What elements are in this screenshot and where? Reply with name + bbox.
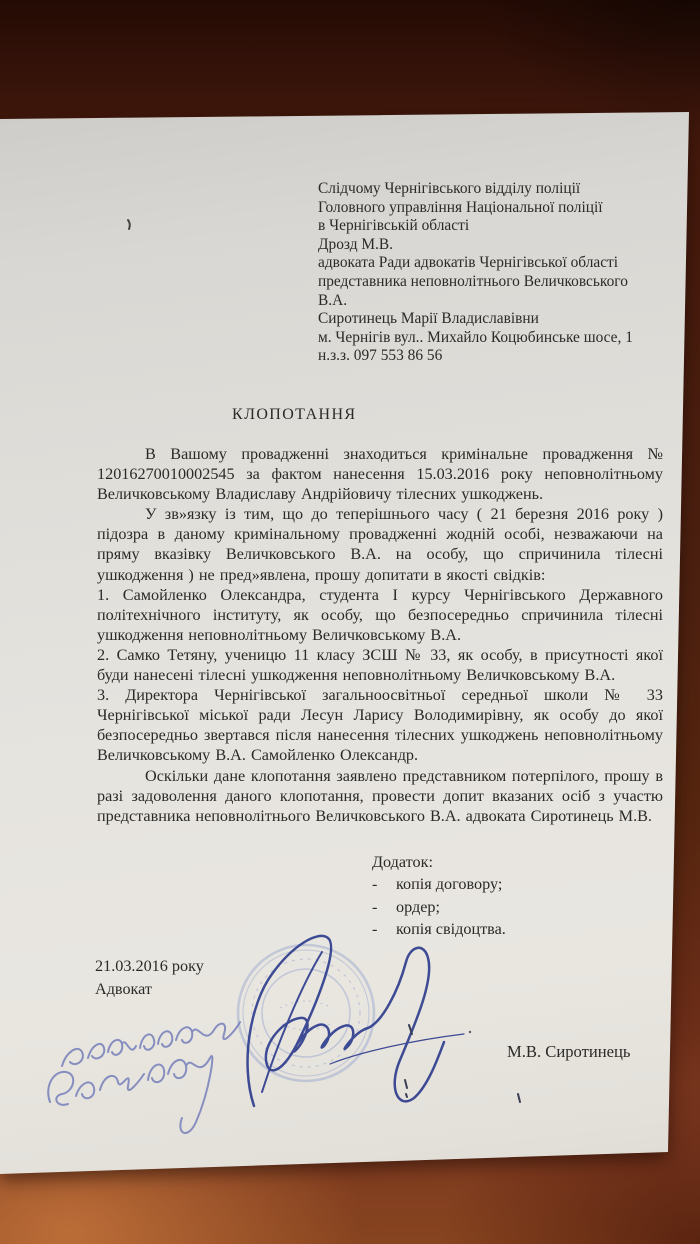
attachment-item: - ордер; — [372, 896, 506, 918]
body-paragraph: Оскільки дане клопотання заявлено предст… — [97, 766, 663, 826]
body-paragraph-numbered: 2. Самко Тетяну, ученицю 11 класу ЗСШ № … — [97, 645, 663, 685]
recipient-line: Головного управління Національної поліці… — [318, 199, 633, 218]
recipient-line: Слідчому Чернігівського відділу поліції — [318, 180, 633, 199]
signer-name: М.В. Сиротинець — [507, 1042, 630, 1062]
attachments-label: Додаток: — [372, 851, 506, 873]
attachment-item: - копія договору; — [372, 873, 506, 895]
recipient-line: Сиротинець Марії Владиславівни — [318, 310, 633, 329]
document-title: КЛОПОТАННЯ — [232, 406, 357, 424]
attachments-block: Додаток: - копія договору; - ордер; - ко… — [372, 851, 506, 941]
body-paragraph-numbered: 3. Директора Чернігівської загальноосвіт… — [97, 685, 663, 765]
recipient-line: в Чернігівській області — [318, 217, 633, 236]
attachment-text: ордер; — [396, 896, 440, 918]
date-line: 21.03.2016 року — [95, 957, 204, 976]
recipient-block: Слідчому Чернігівського відділу поліції … — [318, 180, 633, 366]
recipient-line: Дрозд М.В. — [318, 236, 633, 255]
body-paragraph: В Вашому провадженні знаходиться криміна… — [97, 444, 663, 504]
list-dash: - — [372, 873, 396, 895]
recipient-line: В.А. — [318, 292, 633, 311]
list-dash: - — [372, 896, 396, 918]
recipient-line: м. Чернігів вул.. Михайло Коцюбинське шо… — [318, 329, 633, 348]
recipient-line: н.з.з. 097 553 86 56 — [318, 347, 633, 366]
attachment-item: - копія свідоцтва. — [372, 918, 506, 940]
signer-role: Адвокат — [95, 980, 152, 999]
attachment-text: копія договору; — [396, 873, 502, 895]
paper-shadow: Слідчому Чернігівського відділу поліції … — [0, 0, 700, 1244]
list-dash: - — [372, 918, 396, 940]
recipient-line: адвоката Ради адвокатів Чернігівської об… — [318, 254, 633, 273]
attachment-text: копія свідоцтва. — [396, 918, 506, 940]
body-paragraph: У зв»язку із тим, що до теперішнього час… — [97, 504, 663, 584]
document-content: Слідчому Чернігівського відділу поліції … — [0, 0, 700, 1244]
recipient-line: представника неповнолітнього Величковськ… — [318, 273, 633, 292]
document-paper: Слідчому Чернігівського відділу поліції … — [0, 0, 700, 1244]
body-block: В Вашому провадженні знаходиться криміна… — [97, 444, 663, 826]
body-paragraph-numbered: 1. Самойленко Олександра, студента І кур… — [97, 585, 663, 645]
photo-scene: Слідчому Чернігівського відділу поліції … — [0, 0, 700, 1244]
